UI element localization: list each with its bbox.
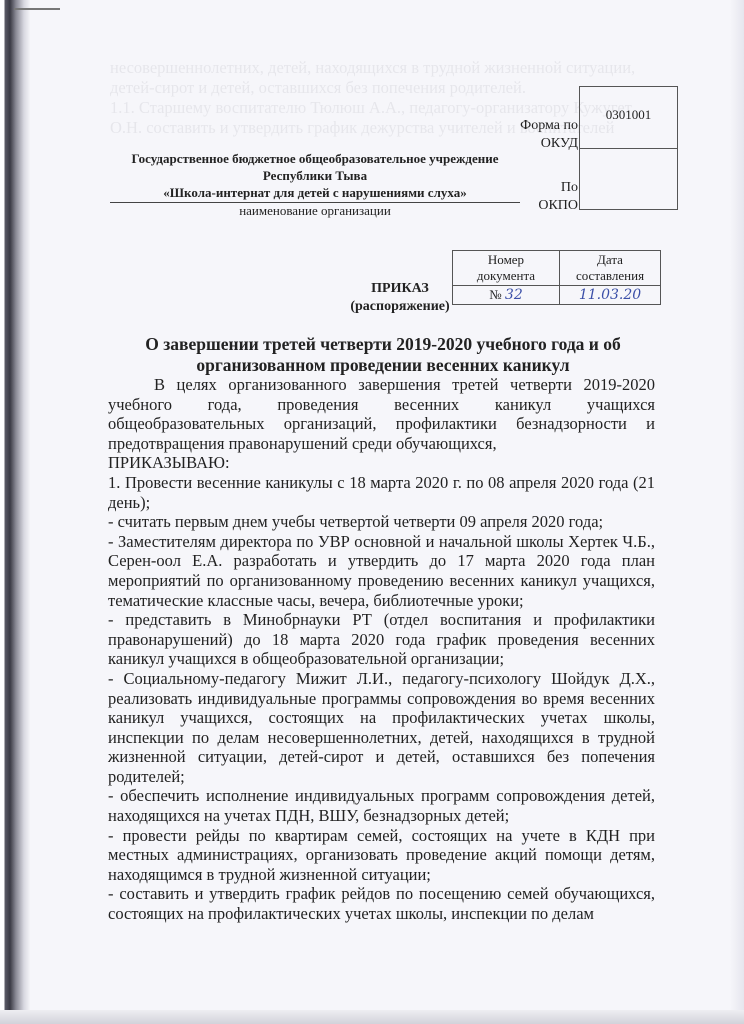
document-body: В целях организованного завершения трете… xyxy=(108,375,655,924)
item-deputies-plan: - Заместителям директора по УВР основной… xyxy=(108,532,655,610)
doc-number-cell: № 32 xyxy=(453,286,560,305)
order-subtitle: (распоряжение) xyxy=(340,298,460,316)
scan-right-edge xyxy=(730,0,744,1024)
item-raids: - провести рейды по квартирам семей, сос… xyxy=(108,826,655,885)
okud-code: 0301001 xyxy=(580,87,677,148)
scan-left-edge xyxy=(0,0,30,1024)
document-number-table: Номер документа Дата составления № 32 11… xyxy=(452,250,661,305)
order-directive: ПРИКАЗЫВАЮ: xyxy=(108,453,655,473)
okpo-code xyxy=(580,148,677,209)
doc-number-value: 32 xyxy=(505,287,523,303)
org-name-line-1: Государственное бюджетное общеобразовате… xyxy=(110,150,520,167)
scan-bottom-edge xyxy=(0,1010,744,1024)
okpo-label-2: ОКПО xyxy=(500,197,578,215)
doc-date-cell: 11.03.20 xyxy=(560,286,661,305)
bleed-through-text: 1.1. Старшему воспитателю Тюлюш А.А., пе… xyxy=(110,98,632,118)
scan-mark xyxy=(14,8,60,10)
item-1: 1. Провести весенние каникулы с 18 марта… xyxy=(108,473,655,512)
form-code-labels: Форма по ОКУД По ОКПО xyxy=(500,117,578,215)
document-title-line-2: организованном проведении весенних каник… xyxy=(110,355,656,376)
number-sign: № xyxy=(489,287,501,302)
doc-date-value: 11.03.20 xyxy=(579,287,641,303)
bleed-through-text: детей-сирот и детей, оставшихся без попе… xyxy=(110,78,526,98)
doc-date-header: Дата составления xyxy=(560,251,661,286)
document-title-line-1: О завершении третей четверти 2019-2020 у… xyxy=(110,334,656,355)
organization-block: Государственное бюджетное общеобразовате… xyxy=(110,150,520,219)
codes-box: 0301001 xyxy=(579,86,678,210)
item-social-pedagogue: - Социальному-педагогу Мижит Л.И., педаг… xyxy=(108,669,655,787)
item-individual-programs: - обеспечить исполнение индивидуальных п… xyxy=(108,786,655,825)
item-submit-schedule: - представить в Минобрнауки РТ (отдел во… xyxy=(108,610,655,669)
okud-label-2: ОКУД xyxy=(500,135,578,153)
preamble-paragraph: В целях организованного завершения трете… xyxy=(108,375,655,453)
okud-label-1: Форма по xyxy=(500,117,578,135)
order-heading: ПРИКАЗ (распоряжение) xyxy=(340,280,460,316)
item-first-day: - считать первым днем учебы четвертой че… xyxy=(108,512,655,532)
okpo-label-1: По xyxy=(500,179,578,197)
bleed-through-text: несовершеннолетних, детей, находящихся в… xyxy=(110,58,635,78)
document-title: О завершении третей четверти 2019-2020 у… xyxy=(110,334,656,376)
org-caption: наименование организации xyxy=(110,203,520,219)
item-raid-schedule: - составить и утвердить график рейдов по… xyxy=(108,884,655,923)
org-name-line-2: Республики Тыва xyxy=(110,167,520,184)
doc-number-header: Номер документа xyxy=(453,251,560,286)
order-title: ПРИКАЗ xyxy=(340,280,460,298)
org-name-line-3: «Школа-интернат для детей с нарушениями … xyxy=(110,184,520,201)
